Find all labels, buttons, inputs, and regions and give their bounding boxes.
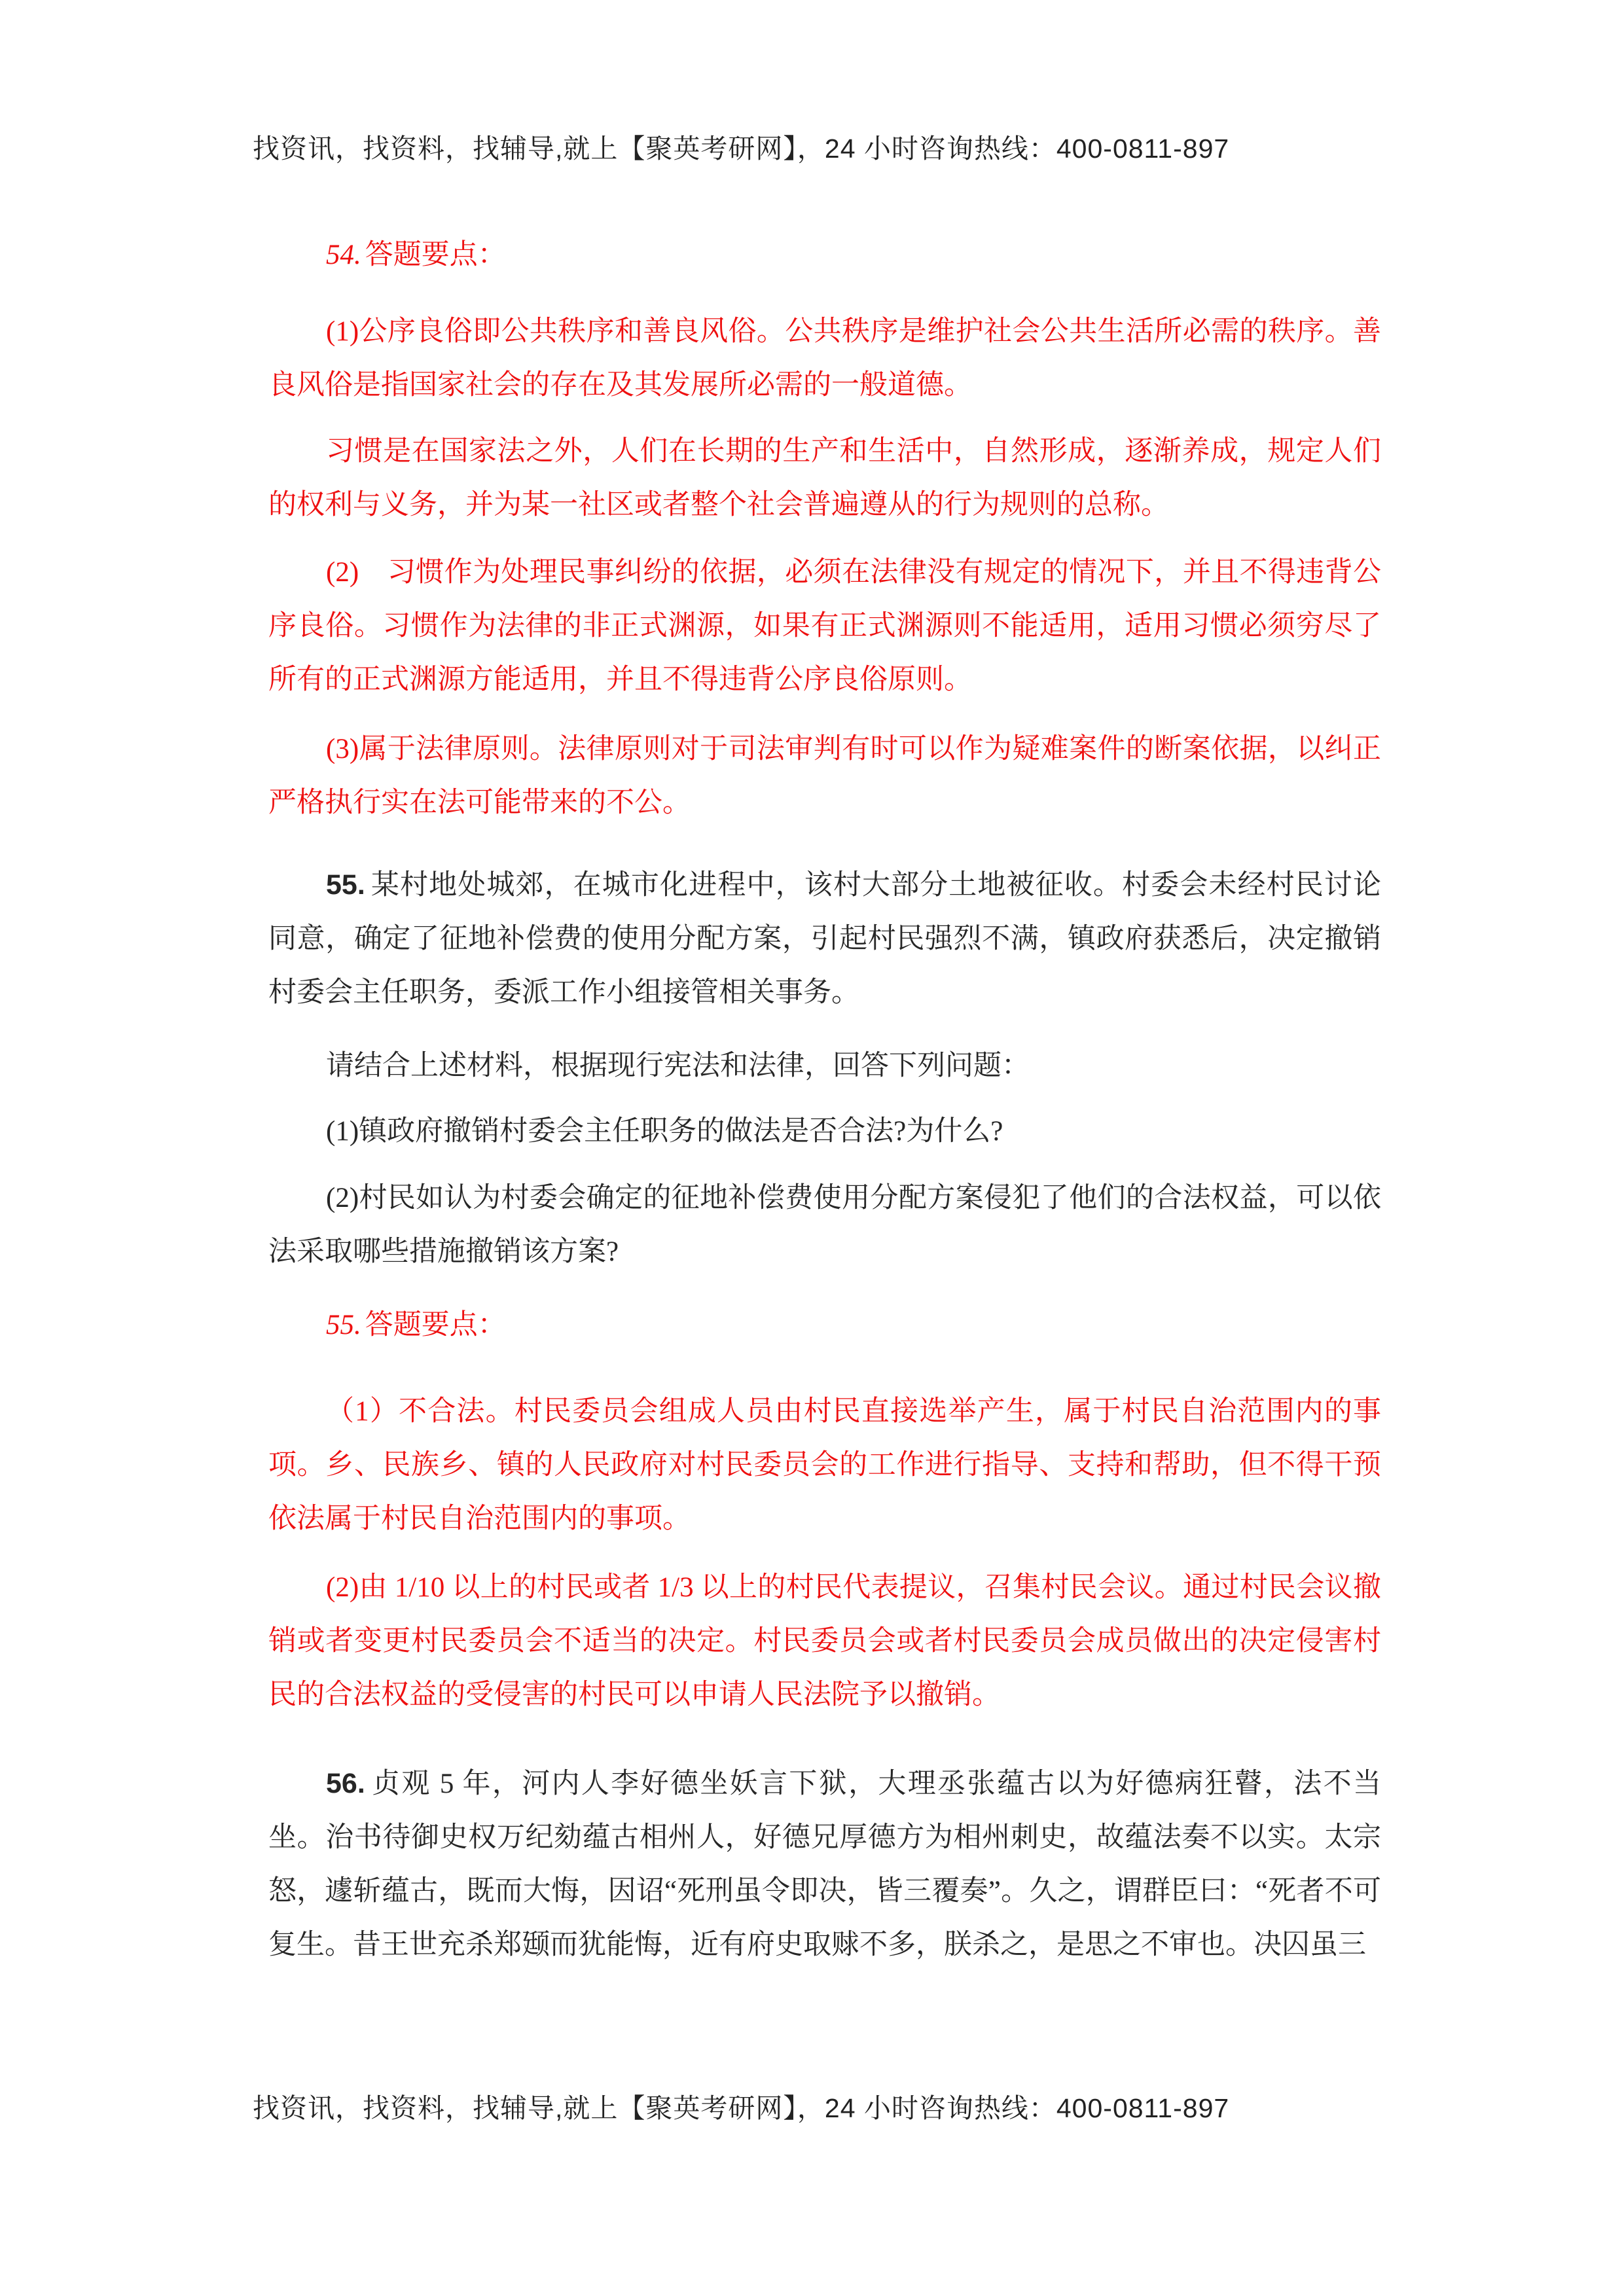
answer55-title: 答题要点： <box>365 1310 506 1340</box>
answer54-paragraph-2: 习惯是在国家法之外，人们在长期的生产和生活中，自然形成，逐渐养成，规定人们的权利… <box>268 425 1381 532</box>
answer54-number: 54. <box>326 240 361 270</box>
answer54-paragraph-3: (2) 习惯作为处理民事纠纷的依据，必须在法律没有规定的情况下，并且不得违背公序… <box>268 546 1381 707</box>
answer54-paragraph-4: (3)属于法律原则。法律原则对于司法审判有时可以作为疑难案件的断案依据，以纠正严… <box>268 723 1381 830</box>
answer55-number: 55. <box>326 1310 361 1340</box>
question56-number: 56. <box>326 1768 365 1799</box>
answer55-paragraph-2: (2)由 1/10 以上的村民或者 1/3 以上的村民代表提议，召集村民会议。通… <box>268 1561 1381 1722</box>
question55-text: 某村地处城郊，在城市化进程中，该村大部分土地被征收。村委会未经村民讨论同意，确定… <box>268 870 1381 1008</box>
question55-sub2: (2)村民如认为村委会确定的征地补偿费使用分配方案侵犯了他们的合法权益，可以依法… <box>268 1172 1381 1279</box>
answer54-heading: 54.答题要点： <box>268 228 1381 282</box>
question56-text: 贞观 5 年，河内人李好德坐妖言下狱，大理丞张蕴古以为好德病狂瞽，法不当坐。治书… <box>268 1768 1381 1960</box>
document-body: 54.答题要点： (1)公序良俗即公共秩序和善良风俗。公共秩序是维护社会公共生活… <box>268 228 1381 1972</box>
answer55-paragraph-1: （1）不合法。村民委员会组成人员由村民直接选举产生，属于村民自治范围内的事项。乡… <box>268 1385 1381 1546</box>
question55-prompt: 请结合上述材料，根据现行宪法和法律，回答下列问题： <box>268 1039 1381 1093</box>
page-header: 找资讯，找资料，找辅导,就上【聚英考研网】，24 小时咨询热线：400-0811… <box>253 127 1229 166</box>
question56-body: 56.贞观 5 年，河内人李好德坐妖言下狱，大理丞张蕴古以为好德病狂瞽，法不当坐… <box>268 1757 1381 1972</box>
answer55-heading: 55.答题要点： <box>268 1299 1381 1352</box>
answer54-paragraph-1: (1)公序良俗即公共秩序和善良风俗。公共秩序是维护社会公共生活所必需的秩序。善良… <box>268 305 1381 412</box>
page-footer: 找资讯，找资料，找辅导,就上【聚英考研网】，24 小时咨询热线：400-0811… <box>253 2087 1229 2125</box>
question55-body: 55.某村地处城郊，在城市化进程中，该村大部分土地被征收。村委会未经村民讨论同意… <box>268 858 1381 1020</box>
question55-sub1: (1)镇政府撤销村委会主任职务的做法是否合法?为什么? <box>268 1105 1381 1158</box>
answer54-title: 答题要点： <box>365 240 506 270</box>
question55-number: 55. <box>326 869 365 901</box>
document-page: 找资讯，找资料，找辅导,就上【聚英考研网】，24 小时咨询热线：400-0811… <box>0 0 1624 2296</box>
